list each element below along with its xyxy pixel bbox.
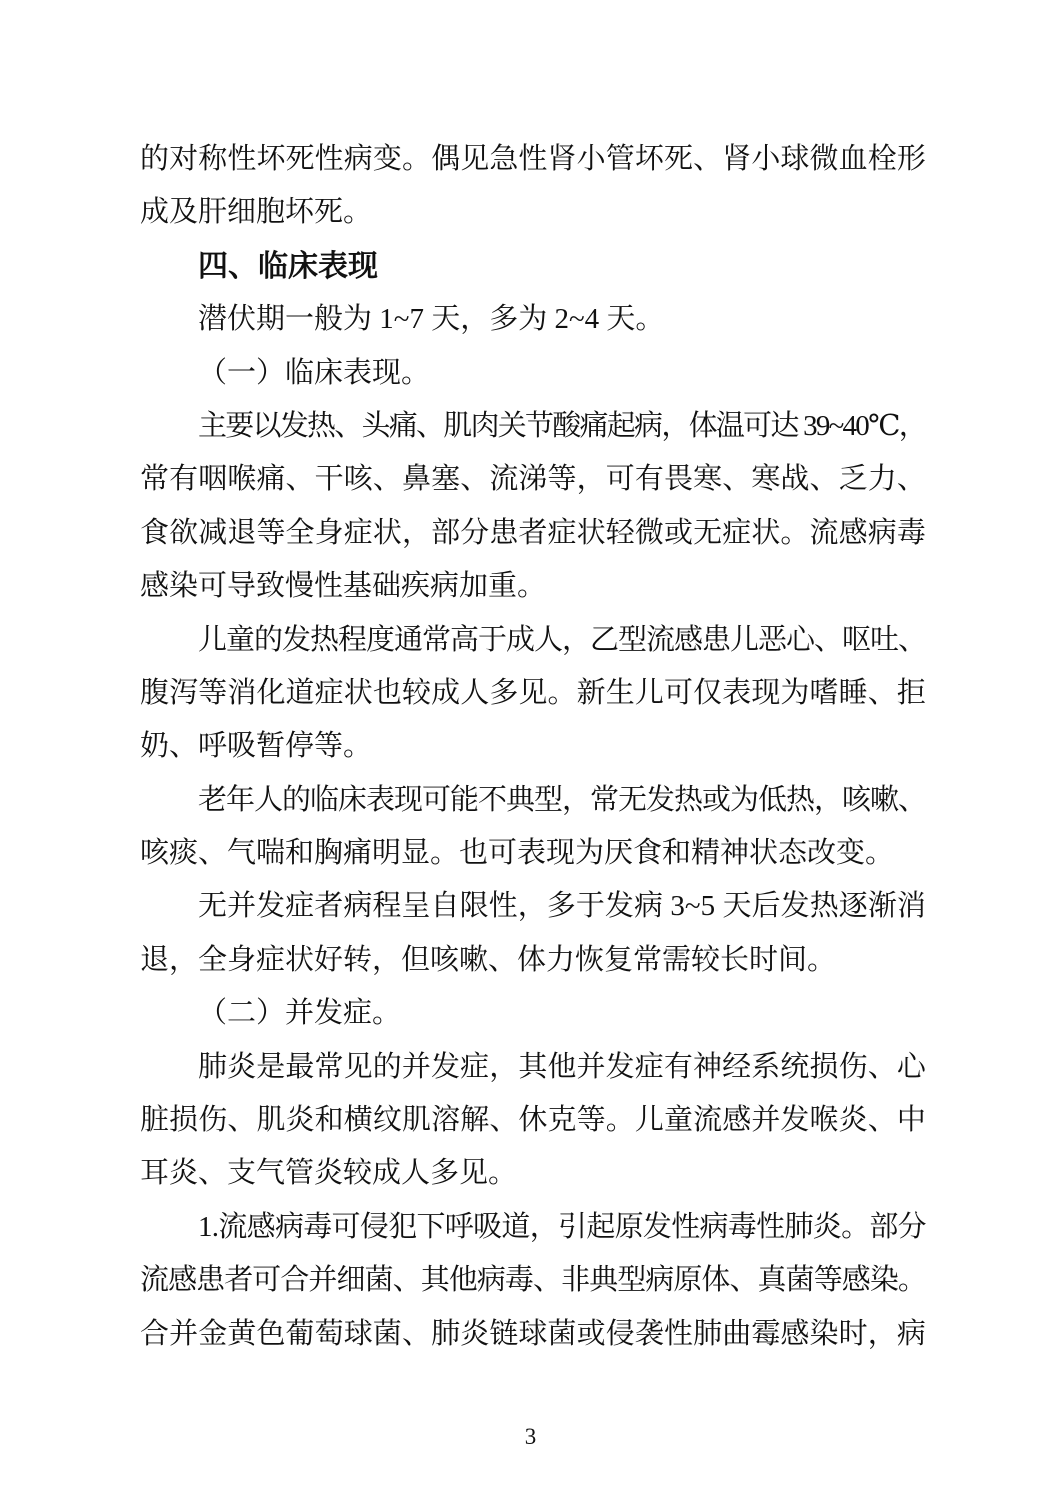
text-line: 食欲减退等全身症状，部分患者症状轻微或无症状。流感病毒 xyxy=(140,507,926,560)
document-page: 的对称性坏死性病变。偶见急性肾小管坏死、肾小球微血栓形成及肝细胞坏死。四、临床表… xyxy=(0,0,1061,1500)
text-line: 退，全身症状好转，但咳嗽、体力恢复常需较长时间。 xyxy=(140,934,926,987)
text-line: 潜伏期一般为 1~7 天，多为 2~4 天。 xyxy=(140,293,926,346)
text-line: 的对称性坏死性病变。偶见急性肾小管坏死、肾小球微血栓形 xyxy=(140,133,926,186)
text-line: 老年人的临床表现可能不典型，常无发热或为低热，咳嗽、 xyxy=(140,774,926,827)
text-line: 合并金黄色葡萄球菌、肺炎链球菌或侵袭性肺曲霉感染时，病 xyxy=(140,1308,926,1361)
text-line: 主要以发热、头痛、肌肉关节酸痛起病，体温可达 39~40℃， xyxy=(140,400,926,453)
text-line: 感染可导致慢性基础疾病加重。 xyxy=(140,560,926,613)
page-number: 3 xyxy=(0,1422,1061,1452)
text-line: 儿童的发热程度通常高于成人，乙型流感患儿恶心、呕吐、 xyxy=(140,614,926,667)
text-line: 腹泻等消化道症状也较成人多见。新生儿可仅表现为嗜睡、拒 xyxy=(140,667,926,720)
text-line: 咳痰、气喘和胸痛明显。也可表现为厌食和精神状态改变。 xyxy=(140,827,926,880)
text-line: 无并发症者病程呈自限性，多于发病 3~5 天后发热逐渐消 xyxy=(140,880,926,933)
section-heading: 四、临床表现 xyxy=(140,240,926,293)
document-body: 的对称性坏死性病变。偶见急性肾小管坏死、肾小球微血栓形成及肝细胞坏死。四、临床表… xyxy=(140,133,926,1361)
text-line: （一）临床表现。 xyxy=(140,347,926,400)
text-line: 肺炎是最常见的并发症，其他并发症有神经系统损伤、心 xyxy=(140,1041,926,1094)
text-line: （二）并发症。 xyxy=(140,987,926,1040)
text-line: 流感患者可合并细菌、其他病毒、非典型病原体、真菌等感染。 xyxy=(140,1254,926,1307)
text-line: 常有咽喉痛、干咳、鼻塞、流涕等，可有畏寒、寒战、乏力、 xyxy=(140,453,926,506)
text-line: 奶、呼吸暂停等。 xyxy=(140,720,926,773)
text-line: 1.流感病毒可侵犯下呼吸道，引起原发性病毒性肺炎。部分 xyxy=(140,1201,926,1254)
text-line: 成及肝细胞坏死。 xyxy=(140,186,926,239)
text-line: 耳炎、支气管炎较成人多见。 xyxy=(140,1147,926,1200)
text-line: 脏损伤、肌炎和横纹肌溶解、休克等。儿童流感并发喉炎、中 xyxy=(140,1094,926,1147)
